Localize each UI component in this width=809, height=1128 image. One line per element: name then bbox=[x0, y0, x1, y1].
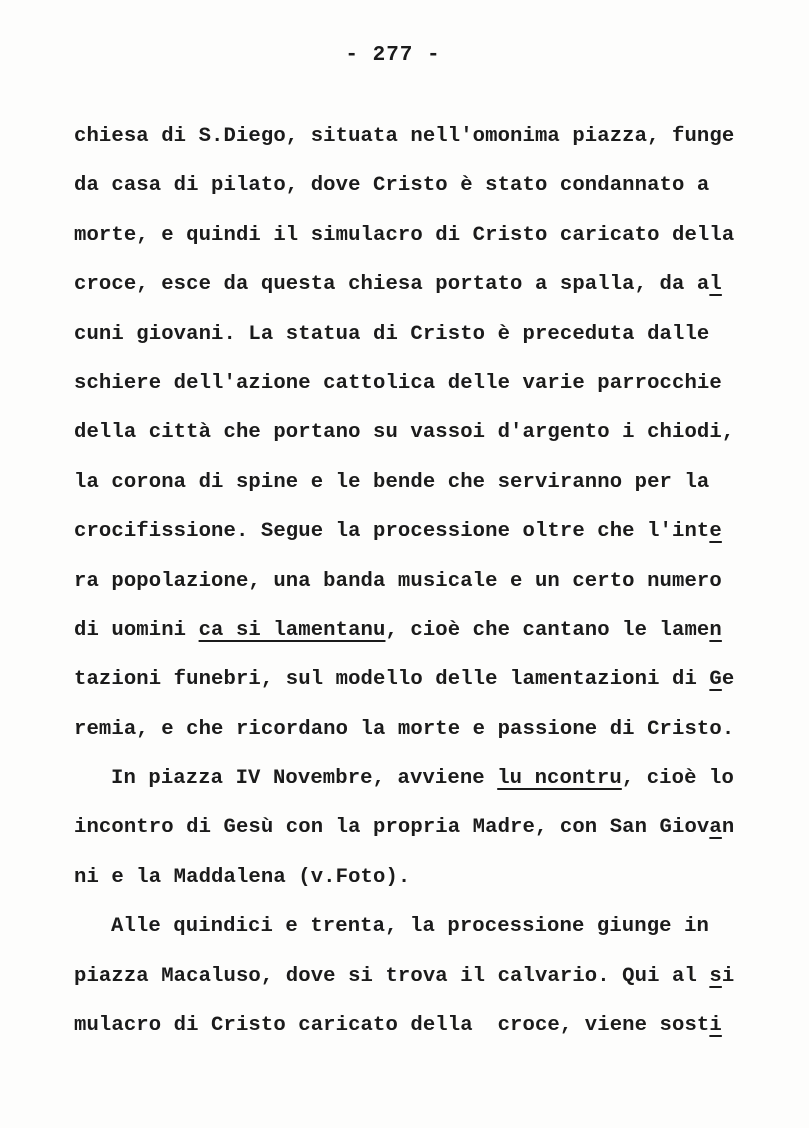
text-segment: la corona di spine e le bende che servir… bbox=[74, 471, 709, 494]
page-text: chiesa di S.Diego, situata nell'omonima … bbox=[74, 112, 764, 1050]
text-line: tazioni funebri, sul modello delle lamen… bbox=[74, 655, 764, 704]
text-line: chiesa di S.Diego, situata nell'omonima … bbox=[74, 112, 764, 161]
text-segment: morte, e quindi il simulacro di Cristo c… bbox=[74, 224, 734, 247]
underlined-text: n bbox=[709, 619, 721, 642]
text-segment: cuni giovani. La statua di Cristo è prec… bbox=[74, 323, 709, 346]
text-segment: In piazza IV Novembre, avviene bbox=[111, 767, 497, 790]
text-segment: e bbox=[722, 668, 734, 691]
text-segment: della città che portano su vassoi d'arge… bbox=[74, 421, 734, 444]
text-line: crocifissione. Segue la processione oltr… bbox=[74, 507, 764, 556]
underlined-text: e bbox=[709, 520, 721, 543]
text-line: ra popolazione, una banda musicale e un … bbox=[74, 557, 764, 606]
text-line: piazza Macaluso, dove si trova il calvar… bbox=[74, 952, 764, 1001]
underlined-text: G bbox=[709, 668, 721, 691]
text-segment: chiesa di S.Diego, situata nell'omonima … bbox=[74, 125, 734, 148]
text-segment: , cioè che cantano le lame bbox=[385, 619, 709, 642]
text-segment: remia, e che ricordano la morte e passio… bbox=[74, 718, 734, 741]
text-line: cuni giovani. La statua di Cristo è prec… bbox=[74, 310, 764, 359]
underlined-text: l bbox=[709, 273, 721, 296]
text-line: della città che portano su vassoi d'arge… bbox=[74, 408, 764, 457]
underlined-text: i bbox=[709, 1014, 721, 1037]
text-segment: croce, esce da questa chiesa portato a s… bbox=[74, 273, 709, 296]
text-line: croce, esce da questa chiesa portato a s… bbox=[74, 260, 764, 309]
text-line: morte, e quindi il simulacro di Cristo c… bbox=[74, 211, 764, 260]
text-segment: da casa di pilato, dove Cristo è stato c… bbox=[74, 174, 709, 197]
text-segment: ni e la Maddalena (v.Foto). bbox=[74, 866, 410, 889]
text-line: da casa di pilato, dove Cristo è stato c… bbox=[74, 161, 764, 210]
text-segment: incontro di Gesù con la propria Madre, c… bbox=[74, 816, 709, 839]
text-segment: tazioni funebri, sul modello delle lamen… bbox=[74, 668, 709, 691]
text-segment: , cioè lo bbox=[622, 767, 734, 790]
text-line: schiere dell'azione cattolica delle vari… bbox=[74, 359, 764, 408]
underlined-text: ca si lamentanu bbox=[199, 619, 386, 642]
text-segment: i bbox=[722, 965, 734, 988]
underlined-text: s bbox=[709, 965, 721, 988]
underlined-text: lu ncontru bbox=[497, 767, 622, 790]
text-line: di uomini ca si lamentanu, cioè che cant… bbox=[74, 606, 764, 655]
text-line: incontro di Gesù con la propria Madre, c… bbox=[74, 803, 764, 852]
text-segment: n bbox=[722, 816, 734, 839]
text-line: In piazza IV Novembre, avviene lu ncontr… bbox=[74, 754, 764, 803]
text-segment: di uomini bbox=[74, 619, 199, 642]
page-number: - 277 - bbox=[0, 44, 786, 67]
text-line: la corona di spine e le bende che servir… bbox=[74, 458, 764, 507]
text-line: remia, e che ricordano la morte e passio… bbox=[74, 705, 764, 754]
underlined-text: a bbox=[709, 816, 721, 839]
text-segment: ra popolazione, una banda musicale e un … bbox=[74, 570, 722, 593]
text-segment: crocifissione. Segue la processione oltr… bbox=[74, 520, 709, 543]
text-line: Alle quindici e trenta, la processione g… bbox=[74, 902, 764, 951]
text-line: ni e la Maddalena (v.Foto). bbox=[74, 853, 764, 902]
text-segment: piazza Macaluso, dove si trova il calvar… bbox=[74, 965, 709, 988]
text-segment: Alle quindici e trenta, la processione g… bbox=[111, 915, 709, 938]
text-segment: mulacro di Cristo caricato della croce, … bbox=[74, 1014, 709, 1037]
document-page: - 277 - chiesa di S.Diego, situata nell'… bbox=[0, 0, 809, 1128]
text-line: mulacro di Cristo caricato della croce, … bbox=[74, 1001, 764, 1050]
text-segment: schiere dell'azione cattolica delle vari… bbox=[74, 372, 722, 395]
